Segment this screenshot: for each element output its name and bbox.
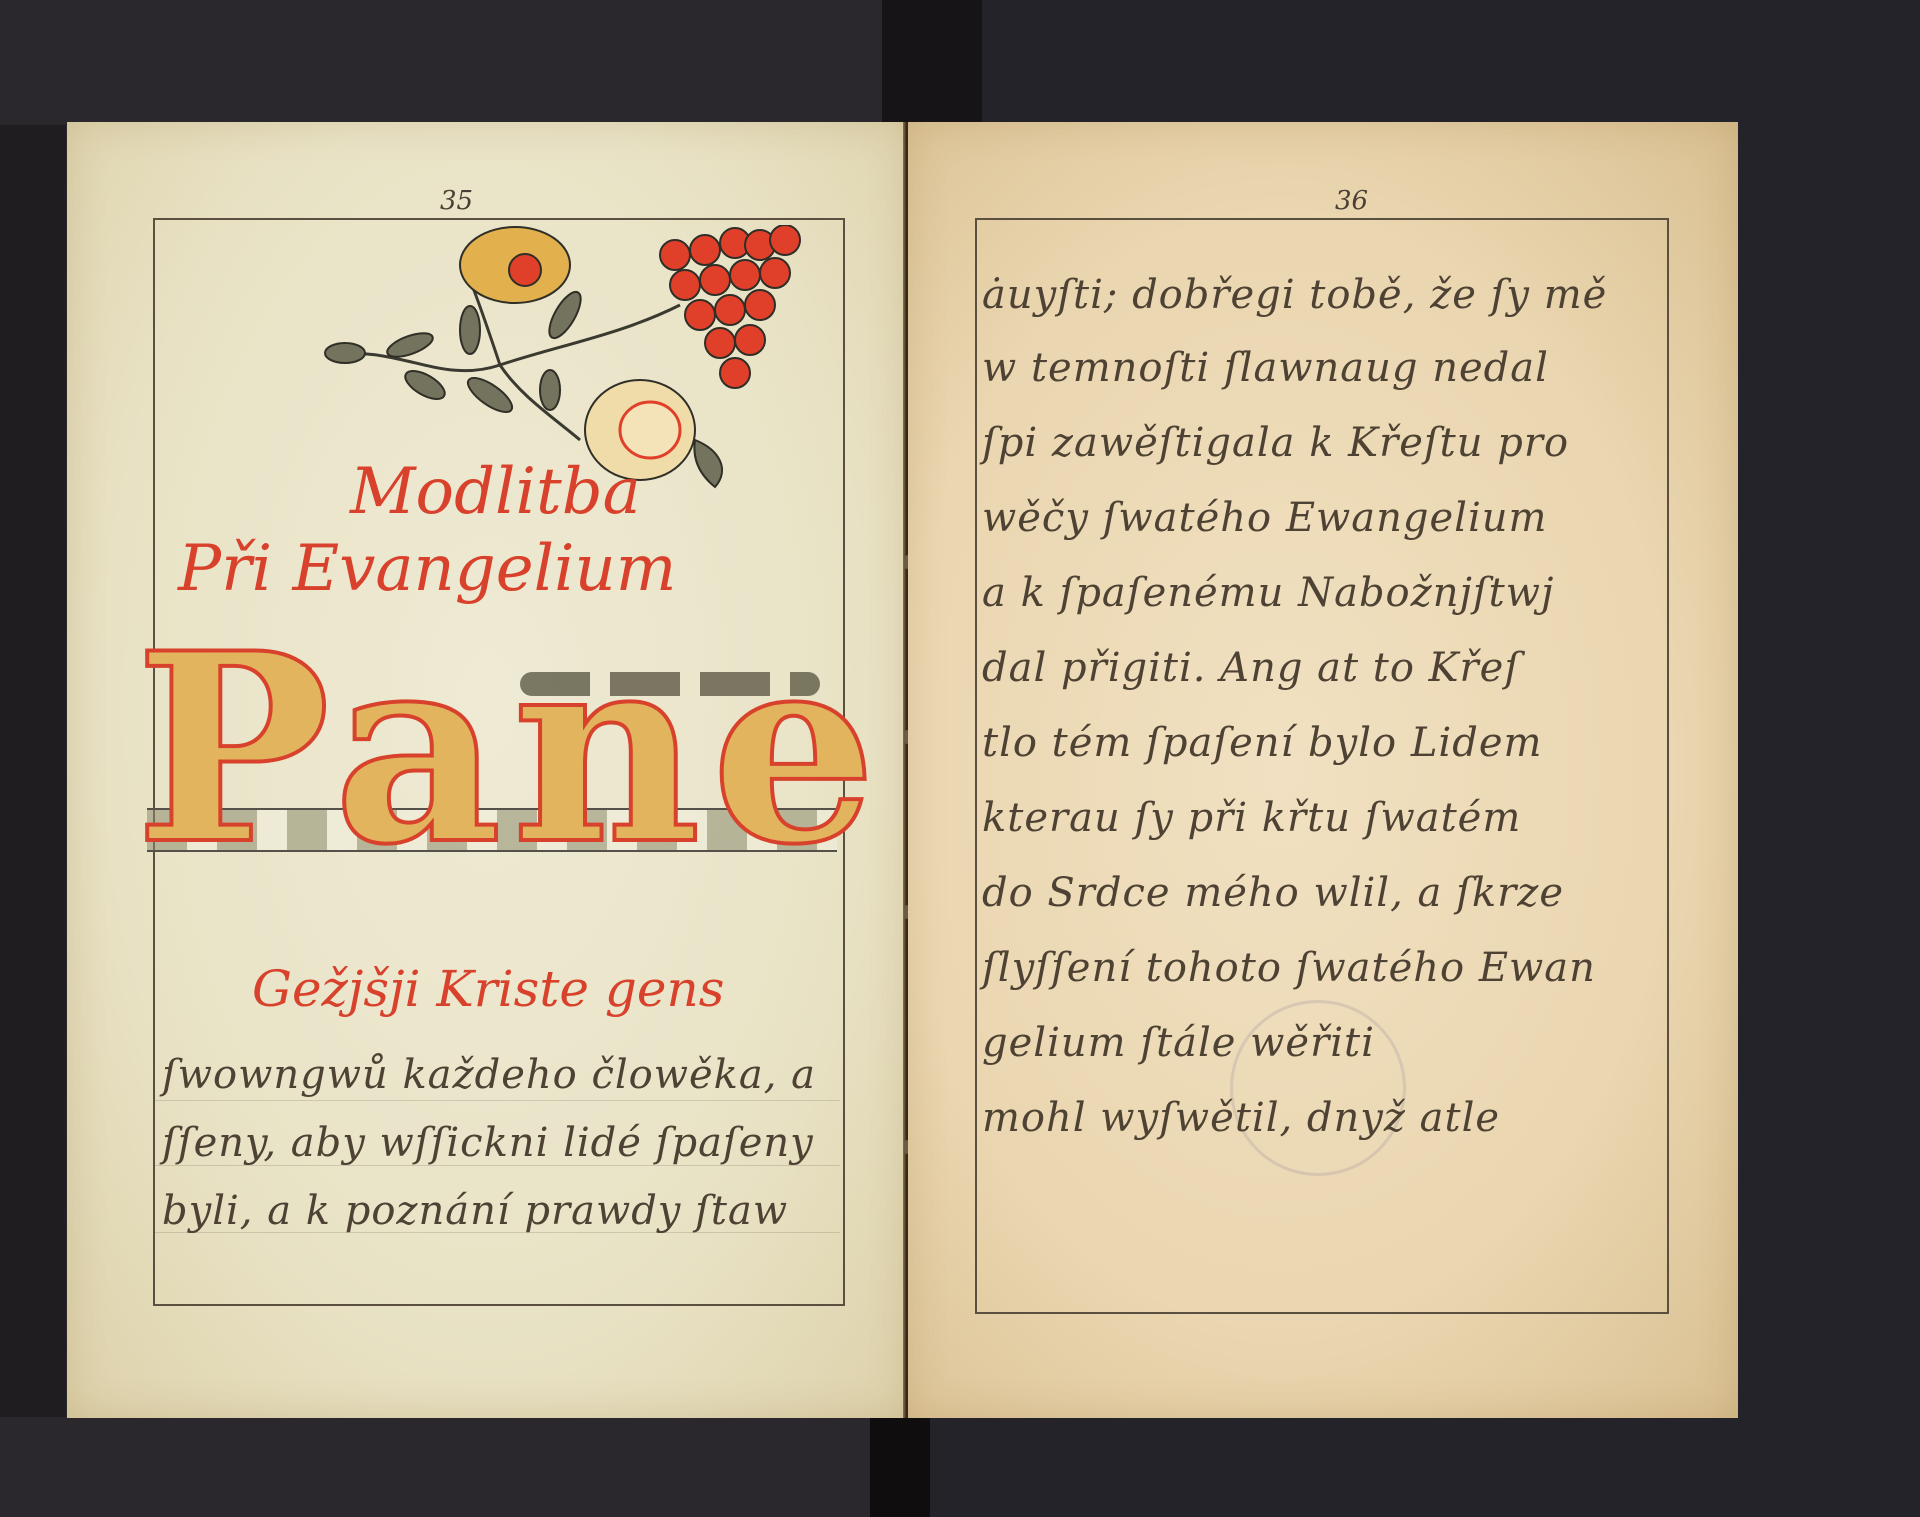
- right-text-line: ſpi zawěſtigala k Křeſtu pro: [982, 420, 1569, 466]
- right-text-line: kterau ſy při křtu ſwatém: [982, 795, 1521, 841]
- left-folio-number: 35: [440, 186, 473, 216]
- right-text-line: mohl wyſwětil, dnyž atle: [982, 1095, 1500, 1141]
- ruled-line: [155, 1100, 840, 1101]
- heading-line-1: Modlitba: [350, 455, 641, 529]
- right-text-line: do Srdce mého wlil, a ſkrze: [982, 870, 1564, 916]
- left-text-line: ſwowngwů každeho člowěka, a: [162, 1052, 816, 1098]
- spine-bottom: [870, 1417, 930, 1517]
- decorated-initial: Pane: [135, 620, 886, 880]
- left-text-line: ſſeny, aby wſſickni lidé ſpaſeny: [162, 1120, 814, 1166]
- right-text-line: ſlyſſení tohoto ſwatého Ewan: [982, 945, 1596, 991]
- right-folio-number: 36: [1335, 186, 1368, 216]
- right-text-line: wěčy ſwatého Ewangelium: [982, 495, 1547, 541]
- right-text-line: w temnoſti ſlawnaug nedal: [982, 345, 1549, 391]
- right-text-line: ȧuyſti; dobřegi tobě, že ſy mě: [982, 272, 1607, 318]
- left-text-line: byli, a k poznání prawdy ſtaw: [162, 1188, 788, 1234]
- right-text-line: tlo tém ſpaſení bylo Lidem: [982, 720, 1542, 766]
- red-text-line: Gežjšji Kriste gens: [252, 960, 724, 1018]
- heading-line-2: Při Evangelium: [178, 532, 676, 606]
- right-text-line: gelium ſtále wěřiti: [982, 1020, 1375, 1066]
- backdrop-edge: [0, 125, 66, 1417]
- right-text-line: a k ſpaſenému Nabožnjſtwj: [982, 570, 1554, 616]
- right-text-line: dal přigiti. Ang at to Křeſ: [982, 645, 1520, 691]
- spine-top: [882, 0, 982, 125]
